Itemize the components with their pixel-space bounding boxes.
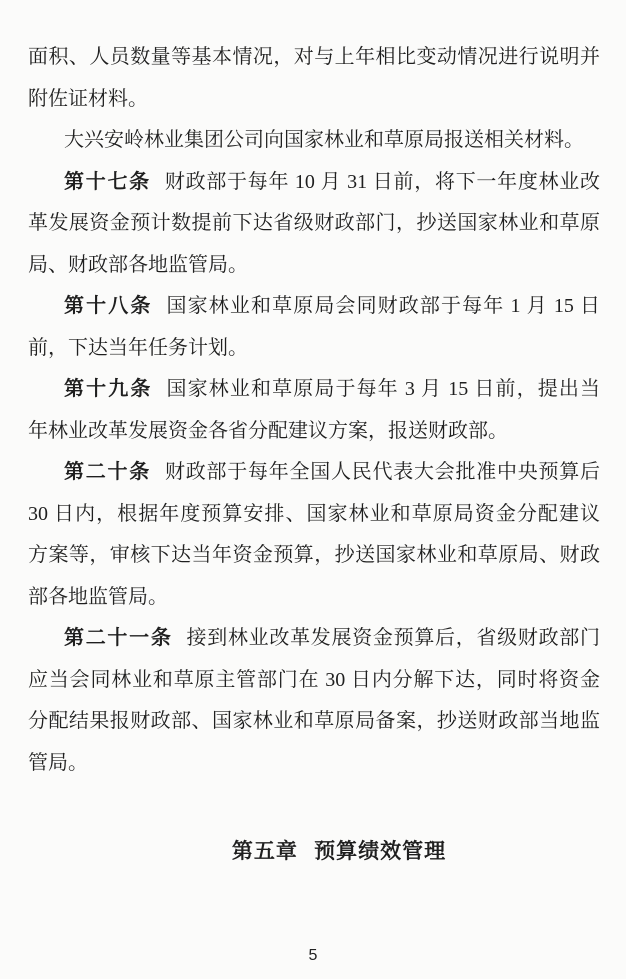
text-line: 第十七条财政部于每年 10 月 31 日前，将下一年度林业改 bbox=[28, 162, 600, 204]
text-line: 第十八条国家林业和草原局会同财政部于每年 1 月 15 日 bbox=[28, 286, 600, 328]
text-line: 应当会同林业和草原主管部门在 30 日内分解下达，同时将资金 bbox=[28, 660, 600, 702]
text-line: 方案等，审核下达当年资金预算，抄送国家林业和草原局、财政 bbox=[28, 535, 600, 577]
article-text: 国家林业和草原局会同财政部于每年 1 月 15 日 bbox=[166, 295, 600, 317]
paragraph: 第十八条国家林业和草原局会同财政部于每年 1 月 15 日 前，下达当年任务计划… bbox=[28, 286, 600, 369]
document-page: 面积、人员数量等基本情况，对与上年相比变动情况进行说明并 附佐证材料。 大兴安岭… bbox=[0, 0, 626, 979]
text-line: 30 日内，根据年度预算安排、国家林业和草原局资金分配建议 bbox=[28, 494, 600, 536]
chapter-heading: 第五章 预算绩效管理 bbox=[232, 830, 446, 872]
text-line: 分配结果报财政部、国家林业和草原局备案，抄送财政部当地监 bbox=[28, 701, 600, 743]
article-text: 国家林业和草原局于每年 3 月 15 日前，提出当 bbox=[166, 378, 600, 400]
chapter-heading-row: 第五章 预算绩效管理 bbox=[26, 830, 626, 872]
text-line: 第二十一条接到林业改革发展资金预算后，省级财政部门 bbox=[28, 618, 600, 660]
text-line: 面积、人员数量等基本情况，对与上年相比变动情况进行说明并 bbox=[28, 37, 600, 79]
text-line: 第十九条国家林业和草原局于每年 3 月 15 日前，提出当 bbox=[28, 369, 600, 411]
paragraph: 第二十条财政部于每年全国人民代表大会批准中央预算后 30 日内，根据年度预算安排… bbox=[28, 452, 600, 618]
article-number: 第十七条 bbox=[64, 171, 151, 193]
text-line: 管局。 bbox=[28, 743, 600, 785]
article-number: 第十八条 bbox=[64, 295, 152, 317]
text-line: 第二十条财政部于每年全国人民代表大会批准中央预算后 bbox=[28, 452, 600, 494]
page-number: 5 bbox=[0, 947, 626, 965]
text-line: 革发展资金预计数提前下达省级财政部门，抄送国家林业和草原 bbox=[28, 203, 600, 245]
document-body: 面积、人员数量等基本情况，对与上年相比变动情况进行说明并 附佐证材料。 大兴安岭… bbox=[28, 37, 600, 784]
article-number: 第二十条 bbox=[64, 461, 151, 483]
text-line: 局、财政部各地监管局。 bbox=[28, 245, 600, 287]
paragraph: 第十七条财政部于每年 10 月 31 日前，将下一年度林业改 革发展资金预计数提… bbox=[28, 162, 600, 287]
text-line: 前，下达当年任务计划。 bbox=[28, 328, 600, 370]
paragraph: 第二十一条接到林业改革发展资金预算后，省级财政部门 应当会同林业和草原主管部门在… bbox=[28, 618, 600, 784]
paragraph: 大兴安岭林业集团公司向国家林业和草原局报送相关材料。 bbox=[28, 120, 600, 162]
paragraph: 第十九条国家林业和草原局于每年 3 月 15 日前，提出当 年林业改革发展资金各… bbox=[28, 369, 600, 452]
text-line: 部各地监管局。 bbox=[28, 577, 600, 619]
text-line: 附佐证材料。 bbox=[28, 79, 600, 121]
article-text: 财政部于每年全国人民代表大会批准中央预算后 bbox=[165, 461, 600, 483]
article-number: 第二十一条 bbox=[64, 627, 173, 649]
text-line: 大兴安岭林业集团公司向国家林业和草原局报送相关材料。 bbox=[28, 120, 600, 162]
article-text: 财政部于每年 10 月 31 日前，将下一年度林业改 bbox=[165, 171, 600, 193]
text-line: 年林业改革发展资金各省分配建议方案，报送财政部。 bbox=[28, 411, 600, 453]
article-text: 接到林业改革发展资金预算后，省级财政部门 bbox=[187, 627, 600, 649]
article-number: 第十九条 bbox=[64, 378, 152, 400]
paragraph: 面积、人员数量等基本情况，对与上年相比变动情况进行说明并 附佐证材料。 bbox=[28, 37, 600, 120]
